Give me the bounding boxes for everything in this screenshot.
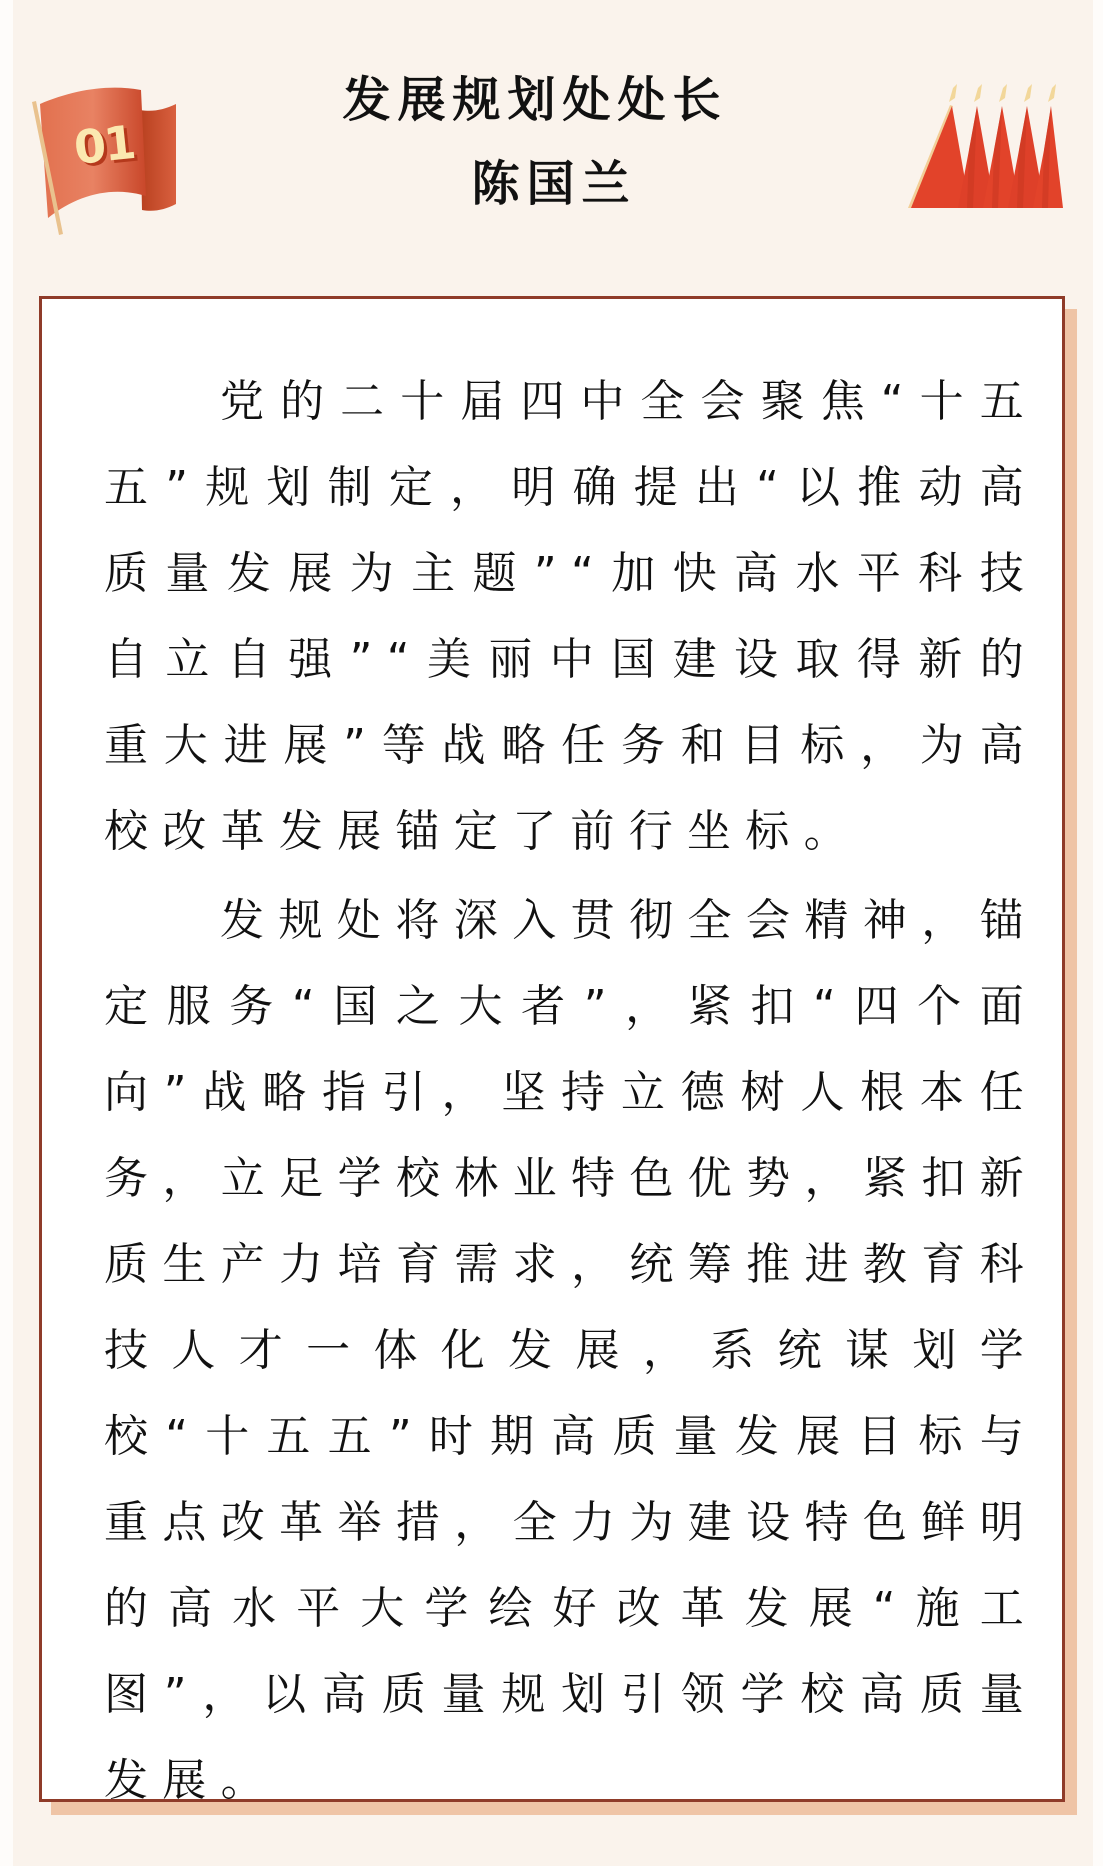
five-red-flags-icon [905, 80, 1070, 215]
person-name: 陈国兰 [288, 142, 820, 226]
job-title: 发展规划处处长 [250, 58, 820, 142]
article-card: 党的二十届四中全会聚焦“十五五”规划制定，明确提出“以推动高质量发展为主题”“加… [39, 296, 1065, 1802]
section-badge: 01 [28, 82, 188, 242]
article-paragraph: 发规处将深入贯彻全会精神，锚定服务“国之大者”，紧扣“四个面向”战略指引，坚持立… [104, 878, 1038, 1824]
article-paragraph: 党的二十届四中全会聚焦“十五五”规划制定，明确提出“以推动高质量发展为主题”“加… [104, 359, 1038, 875]
badge-number: 01 [71, 115, 136, 175]
article-body: 党的二十届四中全会聚焦“十五五”规划制定，明确提出“以推动高质量发展为主题”“加… [104, 359, 1038, 1827]
header-title-block: 发展规划处处长 陈国兰 [250, 58, 820, 226]
decoration-flags [905, 80, 1070, 215]
